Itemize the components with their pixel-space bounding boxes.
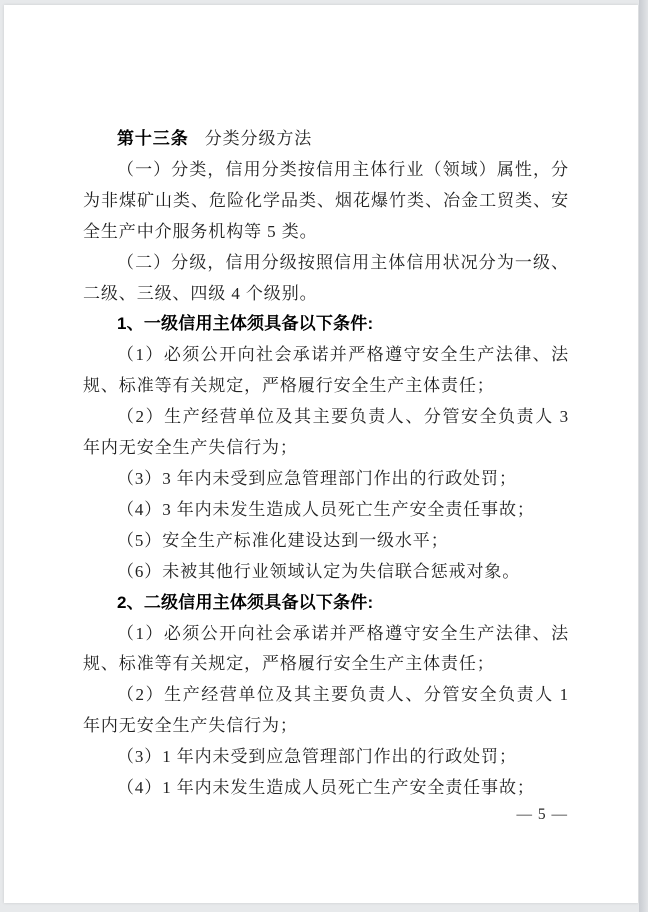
para-classification: （一）分类，信用分类按信用主体行业（领域）属性，分为非煤矿山类、危险化学品类、烟… bbox=[83, 155, 569, 248]
section-2-item: （1）必须公开向社会承诺并严格遵守安全生产法律、法规、标准等有关规定，严格履行安… bbox=[83, 619, 569, 681]
para-grading: （二）分级，信用分级按照信用主体信用状况分为一级、二级、三级、四级 4 个级别。 bbox=[83, 248, 569, 310]
section-2-item: （4）1 年内未发生造成人员死亡生产安全责任事故； bbox=[83, 773, 569, 804]
section-1-item: （2）生产经营单位及其主要负责人、分管安全负责人 3 年内无安全生产失信行为； bbox=[83, 402, 569, 464]
page-edge-shadow bbox=[639, 0, 648, 912]
article-number: 第十三条 bbox=[117, 129, 189, 148]
section-2-item: （3）1 年内未受到应急管理部门作出的行政处罚； bbox=[83, 742, 569, 773]
section-1-item: （5）安全生产标准化建设达到一级水平； bbox=[83, 526, 569, 557]
article-heading: 第十三条分类分级方法 bbox=[83, 124, 569, 155]
section-1-item: （3）3 年内未受到应急管理部门作出的行政处罚； bbox=[83, 464, 569, 495]
article-body: 第十三条分类分级方法 （一）分类，信用分类按信用主体行业（领域）属性，分为非煤矿… bbox=[83, 124, 569, 804]
section-1-item: （4）3 年内未发生造成人员死亡生产安全责任事故； bbox=[83, 495, 569, 526]
article-title: 分类分级方法 bbox=[205, 129, 312, 148]
document-page: 第十三条分类分级方法 （一）分类，信用分类按信用主体行业（领域）属性，分为非煤矿… bbox=[4, 5, 638, 903]
section-1-item: （1）必须公开向社会承诺并严格遵守安全生产法律、法规、标准等有关规定，严格履行安… bbox=[83, 340, 569, 402]
section-2-heading: 2、二级信用主体须具备以下条件: bbox=[83, 588, 569, 619]
section-1-heading: 1、一级信用主体须具备以下条件: bbox=[83, 309, 569, 340]
page-number: — 5 — bbox=[517, 806, 569, 824]
section-2-item: （2）生产经营单位及其主要负责人、分管安全负责人 1 年内无安全生产失信行为； bbox=[83, 680, 569, 742]
section-1-item: （6）未被其他行业领域认定为失信联合惩戒对象。 bbox=[83, 557, 569, 588]
